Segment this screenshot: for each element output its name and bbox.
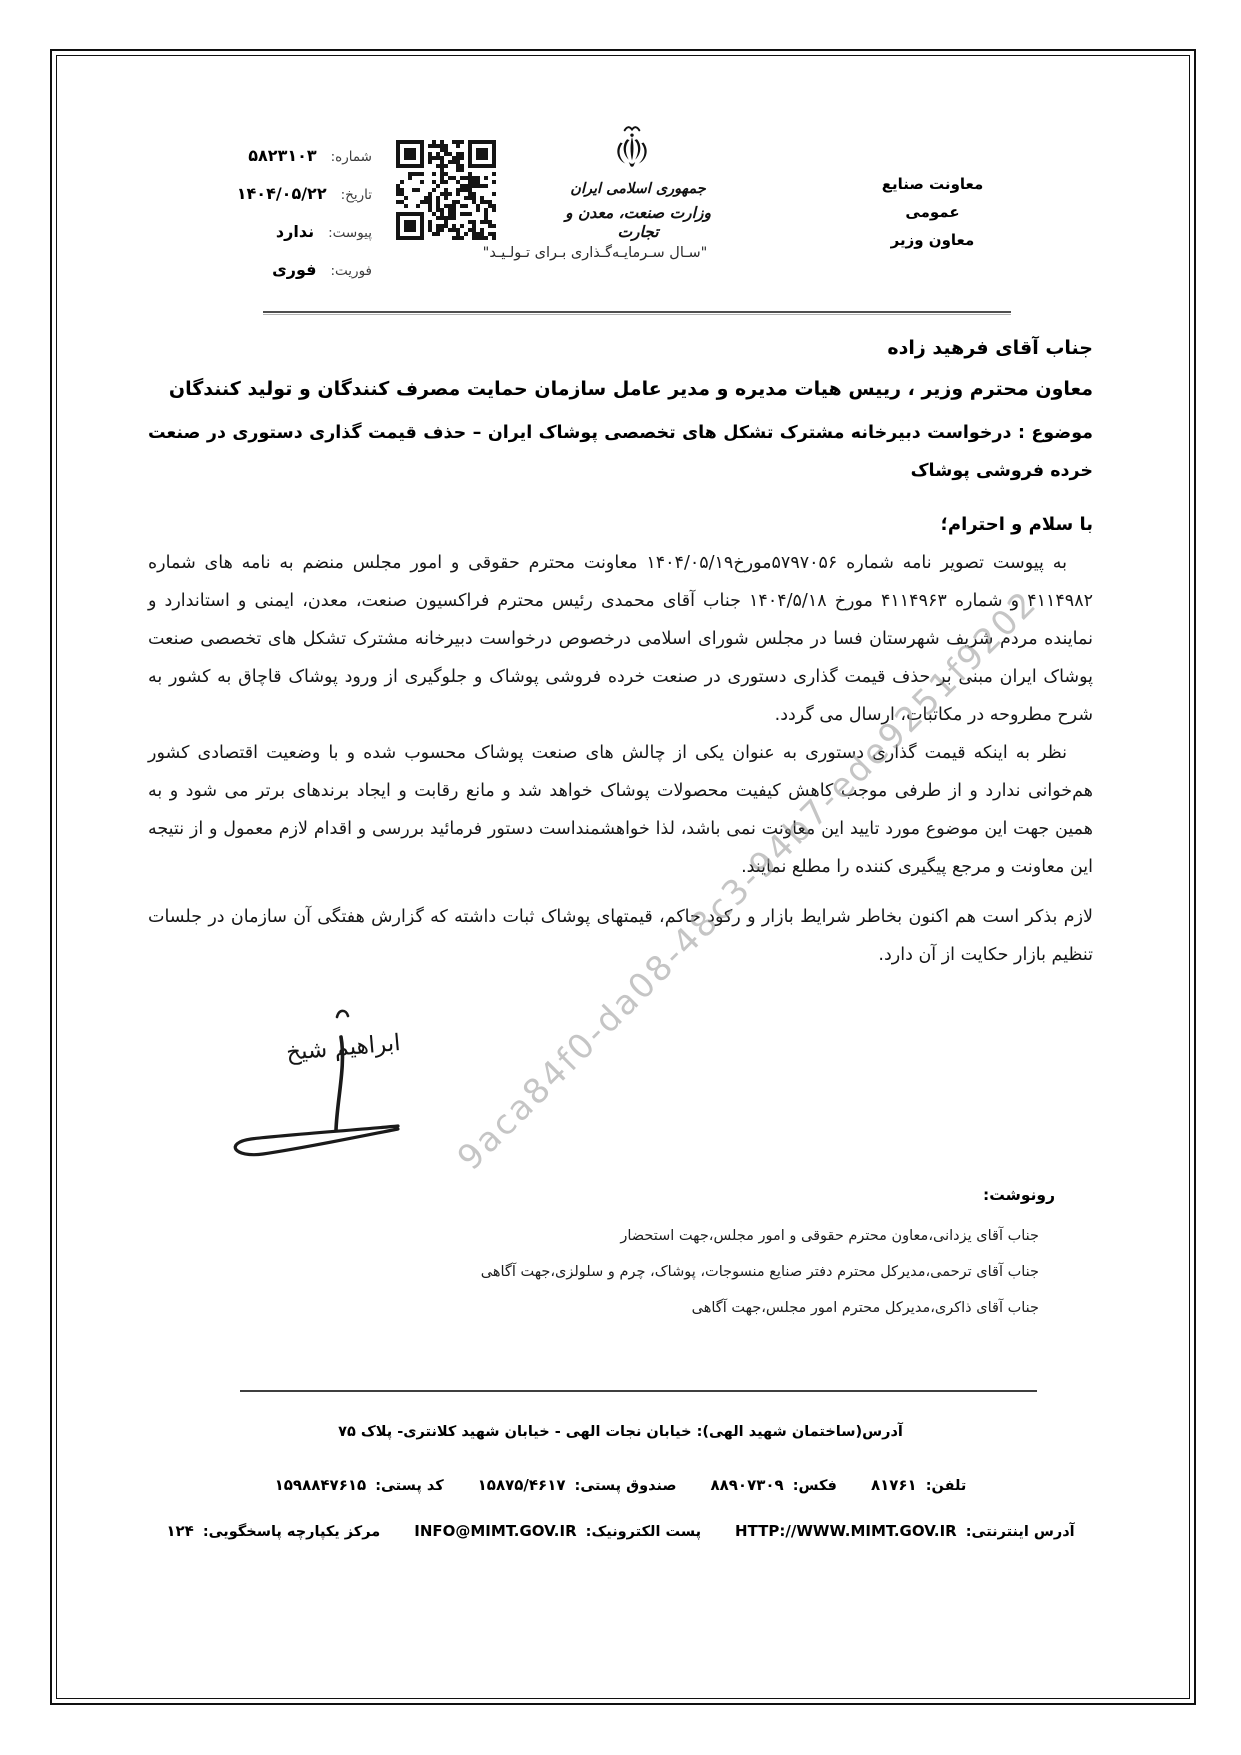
subject-line: موضوع : درخواست دبیرخانه مشترک تشکل های … <box>148 414 1093 490</box>
handwritten-signature-icon <box>225 995 403 1167</box>
footer-address: آدرس(ساختمان شهید الهی): خیابان نجات اله… <box>338 1424 903 1440</box>
footer-online-line: آدرس اینترنتی: HTTP://WWW.MIMT.GOV.IR پس… <box>118 1522 1123 1540</box>
cc-item-3: جناب آقای ذاکری،مدیرکل محترم امور مجلس،ج… <box>175 1290 1055 1326</box>
signature-block: ابراهیم شیخ <box>225 995 403 1167</box>
meta-row-date: تاریخ: ۱۴۰۴/۰۵/۲۲ <box>237 184 372 206</box>
recipient-name: جناب آقای فرهید زاده <box>148 328 1093 369</box>
letter-meta-fields: شماره: ۵۸۲۳۱۰۳ تاریخ: ۱۴۰۴/۰۵/۲۲ پیوست: … <box>237 146 372 298</box>
iran-emblem-icon <box>606 122 658 176</box>
urgency-value: فوری <box>272 260 316 279</box>
body-paragraph-3: لازم بذکر است هم اکنون بخاطر شرایط بازار… <box>148 898 1093 974</box>
email-label: پست الکترونیک: <box>586 1524 701 1540</box>
recipient-block: جناب آقای فرهید زاده معاون محترم وزیر ، … <box>148 328 1093 490</box>
header-divider <box>263 311 1011 315</box>
footer-address-line: آدرس(ساختمان شهید الهی): خیابان نجات اله… <box>118 1424 1123 1440</box>
emblem-ministry-title: وزارت صنعت، معدن و تجارت <box>553 203 723 241</box>
phone-label: تلفن: <box>926 1478 967 1494</box>
callcenter-value: ۱۲۴ <box>166 1522 193 1540</box>
meta-row-attachment: پیوست: ندارد <box>237 222 372 244</box>
fax-value: ۸۸۹۰۷۳۰۹ <box>710 1476 783 1494</box>
date-value: ۱۴۰۴/۰۵/۲۲ <box>237 184 327 203</box>
urgency-label: فوریت: <box>330 263 372 279</box>
salutation: با سلام و احترام؛ <box>148 514 1093 535</box>
footer-email: پست الکترونیک: INFO@MIMT.GOV.IR <box>414 1522 701 1540</box>
website-label: آدرس اینترنتی: <box>966 1524 1075 1540</box>
emblem-country-title: جمهوری اسلامی ایران <box>558 180 718 197</box>
attachment-value: ندارد <box>276 222 314 241</box>
meta-row-urgency: فوریت: فوری <box>237 260 372 282</box>
cc-item-2: جناب آقای ترحمی،مدیرکل محترم دفتر صنایع … <box>175 1254 1055 1290</box>
number-label: شماره: <box>331 149 372 165</box>
footer-website: آدرس اینترنتی: HTTP://WWW.MIMT.GOV.IR <box>735 1522 1075 1540</box>
postalcode-value: ۱۵۹۸۸۴۷۶۱۵ <box>275 1476 367 1494</box>
number-value: ۵۸۲۳۱۰۳ <box>248 146 316 165</box>
department-block: معاونت صنایع عمومی معاون وزیر <box>860 170 1005 254</box>
department-line2: معاون وزیر <box>860 226 1005 254</box>
date-label: تاریخ: <box>341 187 372 203</box>
fax-label: فکس: <box>793 1478 837 1494</box>
letter-body: به پیوست تصویر نامه شماره ۵۷۹۷۰۵۶مورخ۱۴۰… <box>148 544 1093 974</box>
website-value: HTTP://WWW.MIMT.GOV.IR <box>735 1522 957 1540</box>
recipient-title: معاون محترم وزیر ، رییس هیات مدیره و مدی… <box>148 369 1093 410</box>
cc-title: رونوشت: <box>175 1186 1055 1204</box>
postalcode-label: کد پستی: <box>375 1478 443 1494</box>
body-paragraph-1: به پیوست تصویر نامه شماره ۵۷۹۷۰۵۶مورخ۱۴۰… <box>148 544 1093 734</box>
footer-pobox: صندوق پستی: ۱۵۸۷۵/۴۶۱۷ <box>478 1476 677 1494</box>
pobox-value: ۱۵۸۷۵/۴۶۱۷ <box>478 1476 566 1494</box>
pobox-label: صندوق پستی: <box>575 1478 677 1494</box>
meta-row-number: شماره: ۵۸۲۳۱۰۳ <box>237 146 372 168</box>
body-paragraph-2: نظر به اینکه قیمت گذاری دستوری به عنوان … <box>148 734 1093 886</box>
department-line1: معاونت صنایع عمومی <box>860 170 1005 226</box>
email-value: INFO@MIMT.GOV.IR <box>414 1522 576 1540</box>
callcenter-label: مرکز یکپارچه پاسخگویی: <box>203 1524 380 1540</box>
footer-contact-line: تلفن: ۸۱۷۶۱ فکس: ۸۸۹۰۷۳۰۹ صندوق پستی: ۱۵… <box>118 1476 1123 1494</box>
year-slogan: "سـال سـرمایـه‌گـذاری بـرای تـولـیـد" <box>430 245 760 261</box>
cc-item-1: جناب آقای یزدانی،معاون محترم حقوقی و امو… <box>175 1218 1055 1254</box>
scanned-letter-page: شماره: ۵۸۲۳۱۰۳ تاریخ: ۱۴۰۴/۰۵/۲۲ پیوست: … <box>0 0 1241 1755</box>
footer-fax: فکس: ۸۸۹۰۷۳۰۹ <box>710 1476 836 1494</box>
footer-phone: تلفن: ۸۱۷۶۱ <box>871 1476 966 1494</box>
footer-postalcode: کد پستی: ۱۵۹۸۸۴۷۶۱۵ <box>275 1476 444 1494</box>
footer-callcenter: مرکز یکپارچه پاسخگویی: ۱۲۴ <box>166 1522 380 1540</box>
attachment-label: پیوست: <box>328 225 372 241</box>
footer-divider <box>240 1390 1037 1392</box>
phone-value: ۸۱۷۶۱ <box>871 1476 917 1494</box>
qr-code <box>396 138 496 242</box>
cc-block: رونوشت: جناب آقای یزدانی،معاون محترم حقو… <box>175 1186 1055 1326</box>
